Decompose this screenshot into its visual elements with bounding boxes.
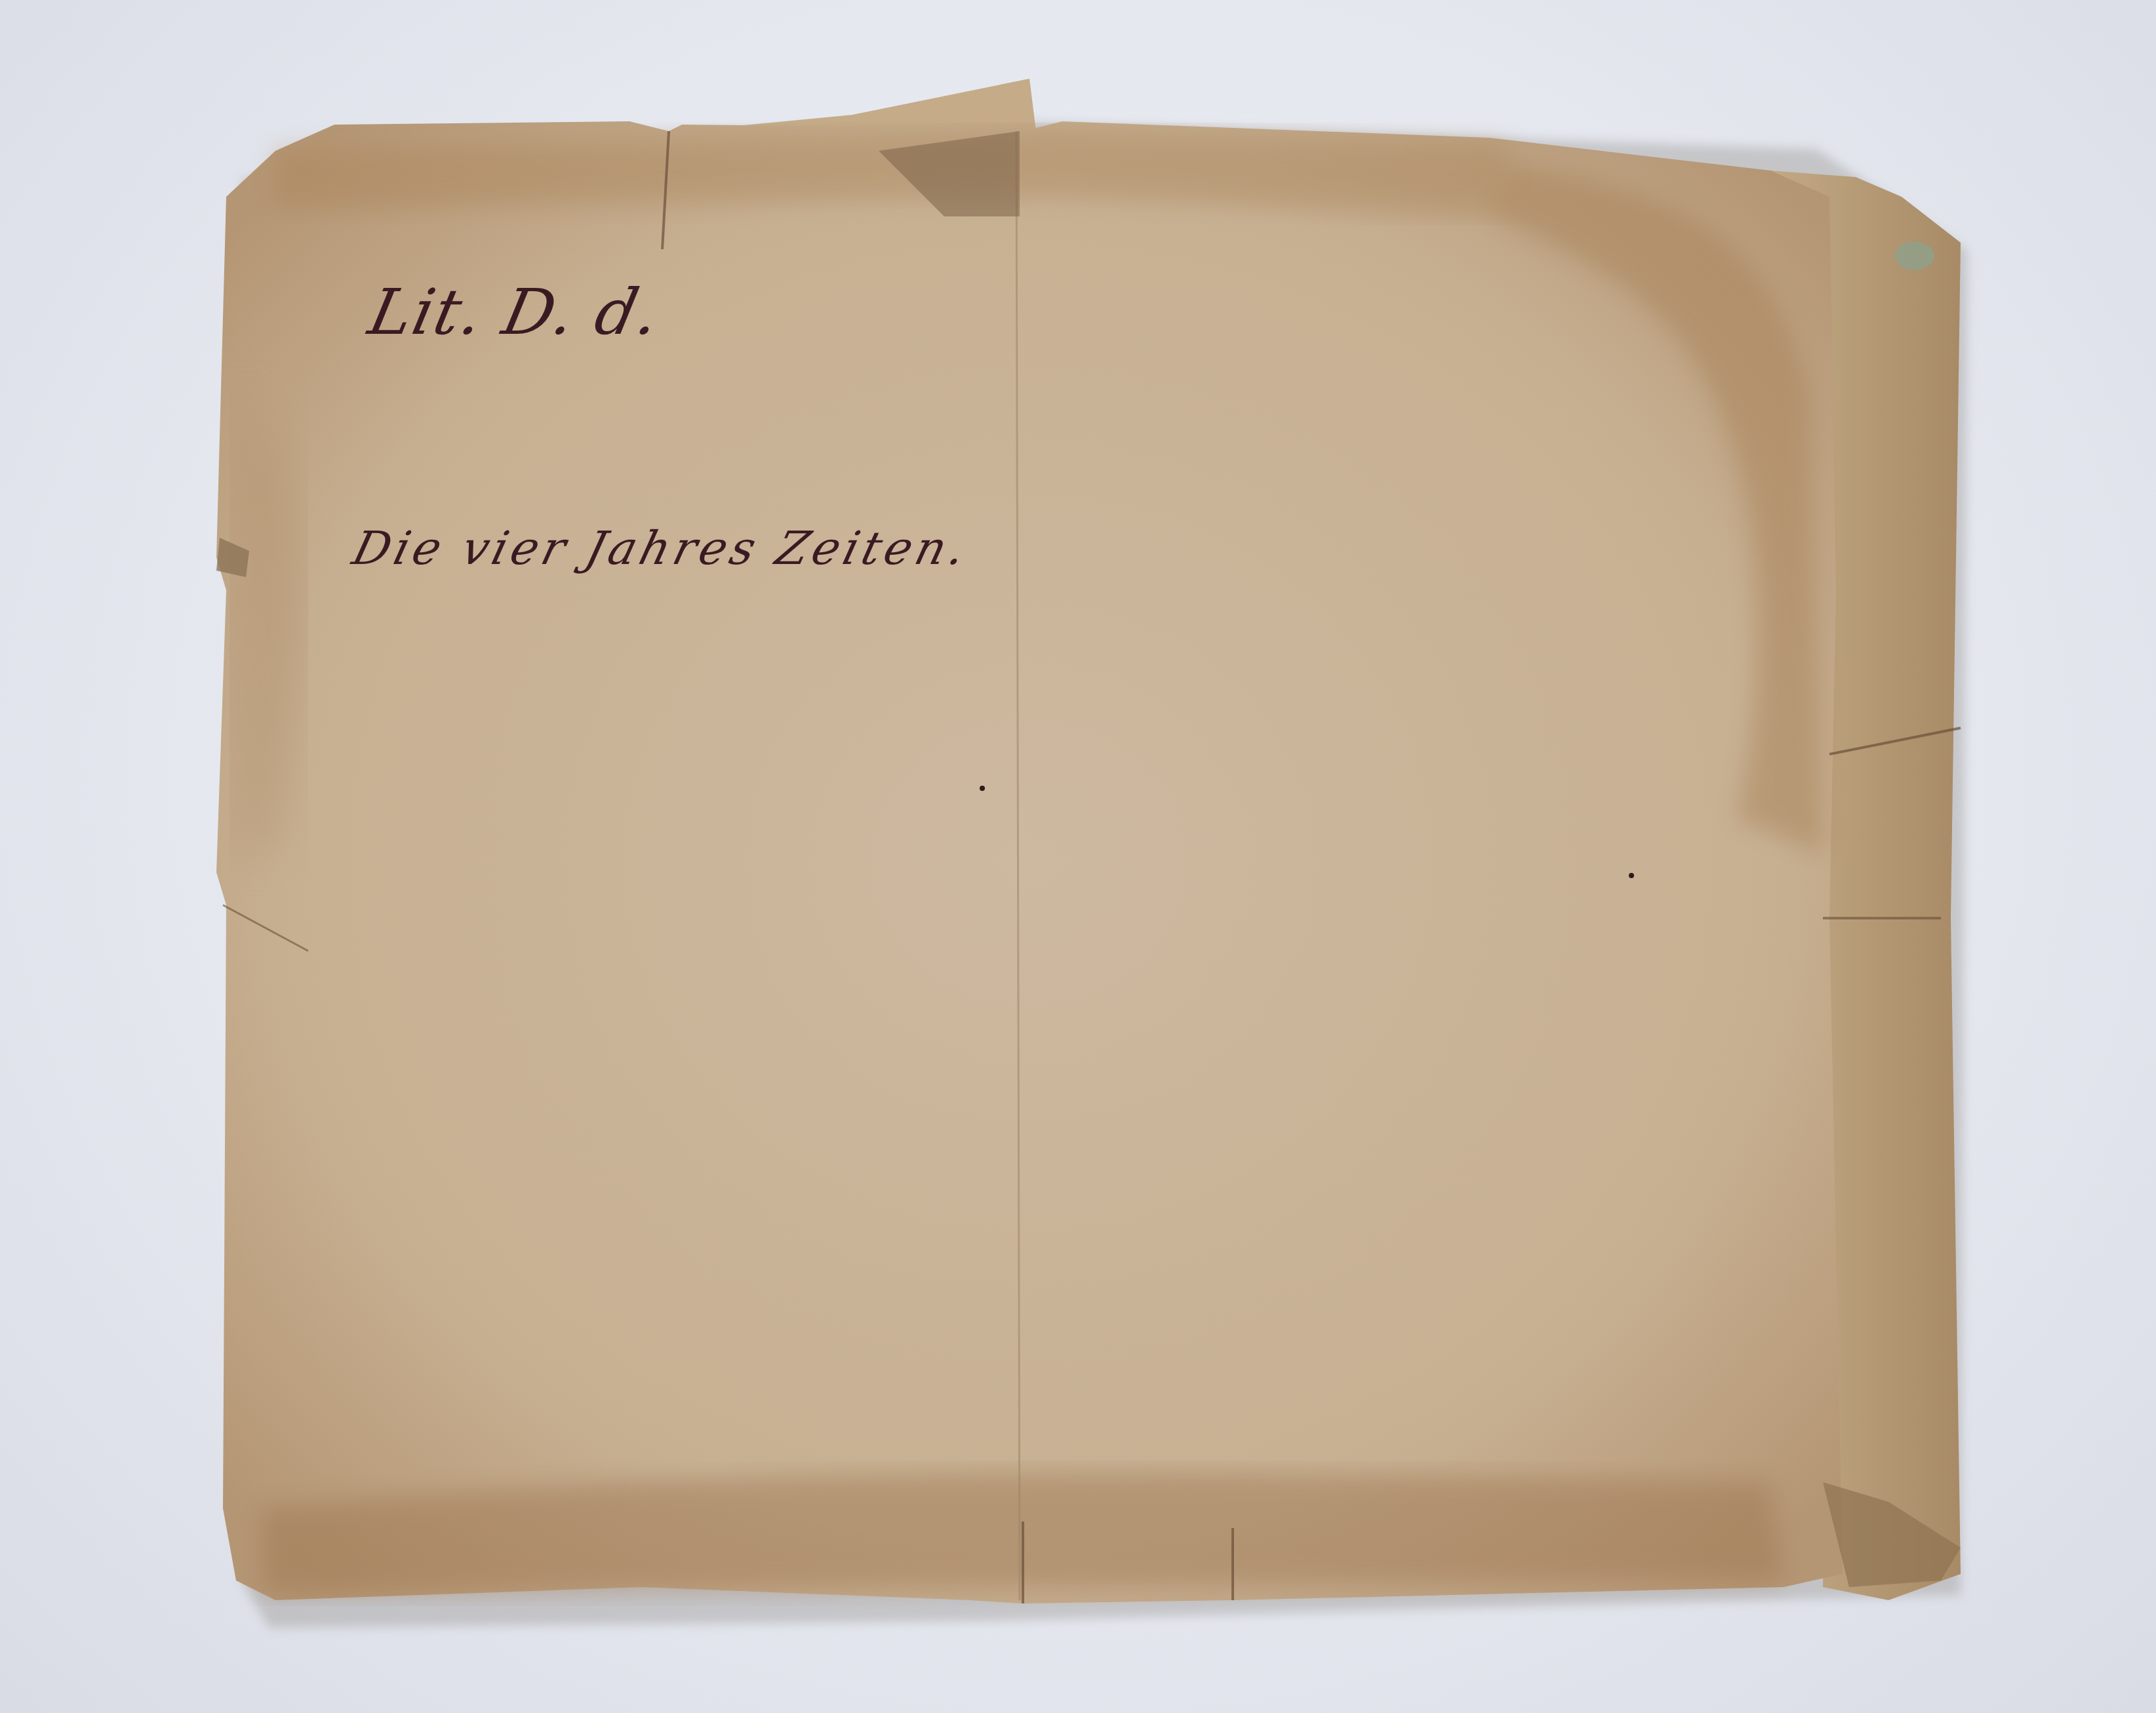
paper-folder [0, 0, 2156, 1713]
title-inscription: Die vier Jahres Zeiten. [348, 521, 975, 575]
reference-mark-inscription: Lit. D. d. [363, 275, 667, 349]
photo-stage: Lit. D. d. Die vier Jahres Zeiten. [0, 0, 2156, 1713]
